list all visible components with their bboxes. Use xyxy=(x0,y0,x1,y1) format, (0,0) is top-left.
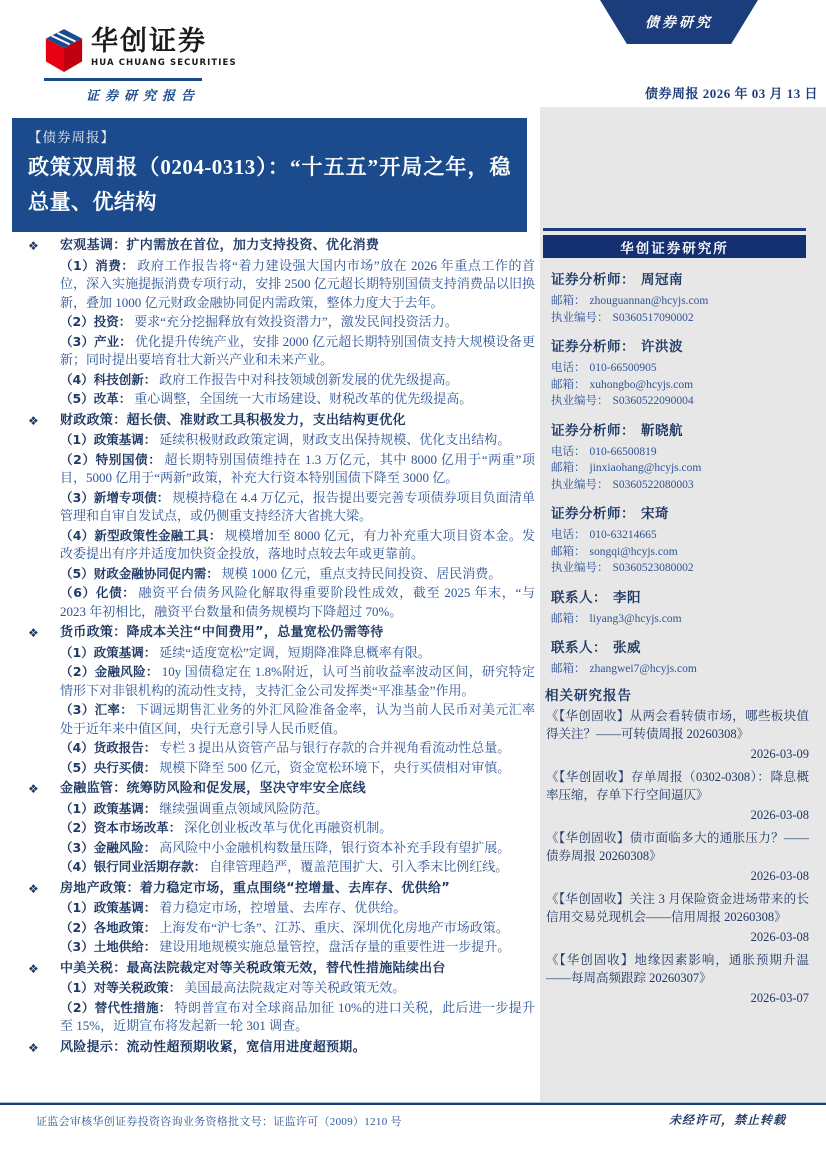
item-label: （2）投资： xyxy=(60,314,131,329)
summary-section: ❖房地产政策：着力稳定市场，重点围绕“控增量、去库存、优供给”（1）政策基调：着… xyxy=(15,880,535,957)
title-tag: 【债券周报】 xyxy=(28,126,511,146)
diamond-bullet-icon: ❖ xyxy=(15,624,60,643)
analyst-field: 邮箱：zhangwei7@hcyjs.com xyxy=(551,661,811,678)
analyst-field-value: 010-66500819 xyxy=(590,446,657,458)
section-item: （2）资本市场改革：深化创业板改革与优化再融资机制。 xyxy=(60,819,535,838)
summary-section: ❖金融监管：统筹防风险和促发展，坚决守牢安全底线（1）政策基调：继续强调重点领域… xyxy=(15,780,535,877)
analyst-field-value: S0360522080003 xyxy=(613,479,694,491)
summary-section: ❖财政政策：超长债、准财政工具积极发力，支出结构更优化（1）政策基调：延续积极财… xyxy=(15,412,535,622)
analyst-name: 张威 xyxy=(613,640,641,656)
item-label: （4）科技创新： xyxy=(60,372,156,387)
section-item: （2）特别国债：超长期特别国债维持在 1.3 万亿元，其中 8000 亿用于“两… xyxy=(60,451,535,488)
related-report-link[interactable]: 《【华创固收】地缘因素影响，通胀预期升温——每周高频跟踪 20260307》 xyxy=(546,951,809,987)
diamond-bullet-icon: ❖ xyxy=(15,880,60,899)
footer-divider xyxy=(0,1102,826,1105)
analyst-field: 电话：010-66500819 xyxy=(551,444,811,461)
analyst-field-label: 执业编号： xyxy=(551,479,609,491)
section-heading: 中美关税：最高法院裁定对等关税政策无效，替代性措施陆续出台 xyxy=(60,960,446,979)
analyst-name: 宋琦 xyxy=(641,506,669,522)
section-item: （2）替代性措施：特朗普宣布对全球商品加征 10%的进口关税，此后进一步提升至 … xyxy=(60,999,535,1036)
item-label: （3）土地供给： xyxy=(60,939,156,954)
analyst-field-label: 执业编号： xyxy=(551,395,609,407)
analyst-field: 执业编号：S0360522080003 xyxy=(551,477,811,494)
analyst-name-row: 证券分析师：宋琦 xyxy=(551,502,811,522)
analyst-field-value: 010-63214665 xyxy=(590,529,657,541)
section-item: （1）对等关税政策：美国最高法院裁定对等关税政策无效。 xyxy=(60,979,535,998)
analyst-name: 许洪波 xyxy=(641,339,683,355)
title-box: 【债券周报】 政策双周报（0204-0313）：“十五五”开局之年，稳总量、优结… xyxy=(12,118,527,232)
item-label: （2）金融风险： xyxy=(60,664,159,679)
analyst-field-label: 邮箱： xyxy=(551,295,586,307)
huachuang-logo-icon xyxy=(44,27,84,75)
analyst-card: 联系人：李阳邮箱：liyang3@hcyjs.com xyxy=(551,586,811,628)
section-heading-row: ❖风险提示：流动性超预期收紧，宽信用进度超预期。 xyxy=(15,1039,535,1058)
section-heading-row: ❖房地产政策：着力稳定市场，重点围绕“控增量、去库存、优供给” xyxy=(15,880,535,899)
analyst-field-value: songqi@hcyjs.com xyxy=(590,546,678,558)
item-label: （1）对等关税政策： xyxy=(60,980,181,995)
analyst-name: 靳晓航 xyxy=(641,423,683,439)
analyst-field-label: 执业编号： xyxy=(551,312,609,324)
section-heading: 宏观基调：扩内需放在首位，加力支持投资、优化消费 xyxy=(60,237,379,256)
analyst-field-label: 邮箱： xyxy=(551,613,586,625)
brand-underline xyxy=(44,78,202,81)
analyst-field: 执业编号：S0360522090004 xyxy=(551,393,811,410)
analyst-field: 电话：010-66500905 xyxy=(551,360,811,377)
footer-license: 证监会审核华创证券投资咨询业务资格批文号：证监许可（2009）1210 号 xyxy=(36,1113,402,1129)
category-banner: 债券研究 xyxy=(600,0,758,44)
item-label: （6）化债： xyxy=(60,585,136,600)
related-report-link[interactable]: 《【华创固收】存单周报（0302-0308）：降息概率压缩，存单下行空间逼仄》 xyxy=(546,768,809,804)
footer-copyright: 未经许可，禁止转载 xyxy=(669,1111,786,1128)
item-label: （4）新型政策性金融工具： xyxy=(60,528,222,543)
analyst-role-label: 证券分析师： xyxy=(551,272,635,288)
summary-section: ❖中美关税：最高法院裁定对等关税政策无效，替代性措施陆续出台（1）对等关税政策：… xyxy=(15,960,535,1036)
category-banner-label: 债券研究 xyxy=(645,12,713,32)
diamond-bullet-icon: ❖ xyxy=(15,237,60,256)
analyst-field-value: S0360523080002 xyxy=(613,562,694,574)
related-report-date: 2026-03-08 xyxy=(546,928,809,946)
section-item: （5）央行买债：规模下降至 500 亿元，资金宽松环境下，央行买债相对审慎。 xyxy=(60,759,535,778)
item-label: （2）资本市场改革： xyxy=(60,820,181,835)
section-heading: 金融监管：统筹防风险和促发展，坚决守牢安全底线 xyxy=(60,780,366,799)
section-item: （1）政策基调：继续强调重点领域风险防范。 xyxy=(60,800,535,819)
item-label: （1）政策基调： xyxy=(60,900,156,915)
analyst-field-label: 执业编号： xyxy=(551,562,609,574)
section-heading: 财政政策：超长债、准财政工具积极发力，支出结构更优化 xyxy=(60,412,406,431)
section-item: （2）金融风险：10y 国债稳定在 1.8%附近，认可当前收益率波动区间，研究特… xyxy=(60,663,535,700)
section-item: （4）银行同业活期存款：自律管理趋严，覆盖范围扩大、引入季末比例红线。 xyxy=(60,858,535,877)
related-report-date: 2026-03-09 xyxy=(546,745,809,763)
analyst-name-row: 证券分析师：靳晓航 xyxy=(551,419,811,439)
analyst-role-label: 联系人： xyxy=(551,590,607,606)
related-report-link[interactable]: 《【华创固收】从两会看转债市场，哪些板块值得关注？——可转债周报 2026030… xyxy=(546,707,809,743)
section-item: （5）改革：重心调整，全国统一大市场建设、财税改革的优先级提高。 xyxy=(60,390,535,409)
diamond-bullet-icon: ❖ xyxy=(15,960,60,979)
analyst-list: 证券分析师：周冠南邮箱：zhouguannan@hcyjs.com执业编号：S0… xyxy=(551,268,811,687)
section-heading: 风险提示：流动性超预期收紧，宽信用进度超预期。 xyxy=(60,1039,366,1058)
section-heading-row: ❖宏观基调：扩内需放在首位，加力支持投资、优化消费 xyxy=(15,237,535,256)
section-item: （3）新增专项债：规模持稳在 4.4 万亿元，报告提出要完善专项债券项目负面清单… xyxy=(60,489,535,526)
analyst-field: 邮箱：xuhongbo@hcyjs.com xyxy=(551,377,811,394)
section-item: （6）化债：融资平台债务风险化解取得重要阶段性成效，截至 2025 年末，“与 … xyxy=(60,584,535,621)
brand-block: 华创证券 HUA CHUANG SECURITIES xyxy=(44,27,237,75)
section-item: （1）政策基调：着力稳定市场，控增量、去库存、优供给。 xyxy=(60,899,535,918)
analyst-field-value: zhangwei7@hcyjs.com xyxy=(590,663,697,675)
analyst-field: 邮箱：jinxiaohang@hcyjs.com xyxy=(551,460,811,477)
analyst-field: 执业编号：S0360523080002 xyxy=(551,560,811,577)
analyst-field-label: 邮箱： xyxy=(551,546,586,558)
item-label: （3）金融风险： xyxy=(60,840,156,855)
analyst-field-label: 邮箱： xyxy=(551,379,586,391)
related-report-item: 《【华创固收】存单周报（0302-0308）：降息概率压缩，存单下行空间逼仄》2… xyxy=(546,768,809,824)
section-item: （2）投资：要求“充分挖掘释放有效投资潜力”，激发民间投资活力。 xyxy=(60,313,535,332)
item-label: （1）政策基调： xyxy=(60,801,156,816)
section-item: （4）货政报告：专栏 3 提出从资管产品与银行存款的合并视角看流动性总量。 xyxy=(60,739,535,758)
analyst-name: 李阳 xyxy=(613,590,641,606)
section-item: （3）金融风险：高风险中小金融机构数量压降，银行资本补充手段有望扩展。 xyxy=(60,839,535,858)
section-item: （3）产业：优化提升传统产业，安排 2000 亿元超长期特别国债支持大规模设备更… xyxy=(60,333,535,370)
logo-text-en: HUA CHUANG SECURITIES xyxy=(91,58,237,68)
analyst-card: 证券分析师：许洪波电话：010-66500905邮箱：xuhongbo@hcyj… xyxy=(551,335,811,410)
analyst-role-label: 证券分析师： xyxy=(551,339,635,355)
section-heading-row: ❖中美关税：最高法院裁定对等关税政策无效，替代性措施陆续出台 xyxy=(15,960,535,979)
analyst-role-label: 联系人： xyxy=(551,640,607,656)
section-heading-row: ❖金融监管：统筹防风险和促发展，坚决守牢安全底线 xyxy=(15,780,535,799)
section-item: （5）财政金融协同促内需：规模 1000 亿元，重点支持民间投资、居民消费。 xyxy=(60,565,535,584)
analyst-field-value: S0360522090004 xyxy=(613,395,694,407)
analyst-name-row: 联系人：张威 xyxy=(551,636,811,656)
item-label: （4）货政报告： xyxy=(60,740,156,755)
item-label: （2）替代性措施： xyxy=(60,1000,172,1015)
analyst-name-row: 证券分析师：许洪波 xyxy=(551,335,811,355)
analyst-field-value: liyang3@hcyjs.com xyxy=(590,613,682,625)
summary-section: ❖风险提示：流动性超预期收紧，宽信用进度超预期。 xyxy=(15,1039,535,1058)
related-report-item: 《【华创固收】关注 3 月保险资金进场带来的长信用交易兑现机会——信用周报 20… xyxy=(546,890,809,946)
analyst-field-label: 电话： xyxy=(551,362,586,374)
analyst-field-label: 电话： xyxy=(551,446,586,458)
diamond-bullet-icon: ❖ xyxy=(15,1039,60,1058)
analyst-field: 邮箱：songqi@hcyjs.com xyxy=(551,544,811,561)
analyst-field-value: xuhongbo@hcyjs.com xyxy=(590,379,694,391)
item-label: （1）政策基调： xyxy=(60,645,156,660)
section-heading: 房地产政策：着力稳定市场，重点围绕“控增量、去库存、优供给” xyxy=(60,880,450,899)
analyst-card: 证券分析师：周冠南邮箱：zhouguannan@hcyjs.com执业编号：S0… xyxy=(551,268,811,326)
item-label: （2）特别国债： xyxy=(60,452,161,467)
analyst-card: 联系人：张威邮箱：zhangwei7@hcyjs.com xyxy=(551,636,811,678)
related-report-date: 2026-03-08 xyxy=(546,867,809,885)
item-label: （5）财政金融协同促内需： xyxy=(60,566,219,581)
analyst-field: 电话：010-63214665 xyxy=(551,527,811,544)
analyst-field-value: zhouguannan@hcyjs.com xyxy=(590,295,709,307)
section-item: （4）新型政策性金融工具：规模增加至 8000 亿元，有力补充重大项目资本金。发… xyxy=(60,527,535,564)
analyst-field-value: 010-66500905 xyxy=(590,362,657,374)
item-label: （2）各地政策： xyxy=(60,920,156,935)
section-heading: 货币政策：降成本关注“中间费用”，总量宽松仍需等待 xyxy=(60,624,384,643)
analyst-field-value: S0360517090002 xyxy=(613,312,694,324)
analyst-field-value: jinxiaohang@hcyjs.com xyxy=(590,462,702,474)
section-heading-row: ❖货币政策：降成本关注“中间费用”，总量宽松仍需等待 xyxy=(15,624,535,643)
summary-section: ❖宏观基调：扩内需放在首位，加力支持投资、优化消费（1）消费：政府工作报告将“着… xyxy=(15,237,535,409)
analyst-field-label: 电话： xyxy=(551,529,586,541)
related-reports-list: 《【华创固收】从两会看转债市场，哪些板块值得关注？——可转债周报 2026030… xyxy=(546,707,809,1012)
related-report-item: 《【华创固收】地缘因素影响，通胀预期升温——每周高频跟踪 20260307》20… xyxy=(546,951,809,1007)
item-label: （3）新增专项债： xyxy=(60,490,169,505)
analyst-field: 执业编号：S0360517090002 xyxy=(551,310,811,327)
item-label: （3）汇率： xyxy=(60,702,133,717)
related-reports-title: 相关研究报告 xyxy=(545,684,632,704)
research-report-page: 华创证券 HUA CHUANG SECURITIES 证券研究报告 债券研究 债… xyxy=(0,0,826,1169)
analyst-name-row: 证券分析师：周冠南 xyxy=(551,268,811,288)
related-report-link[interactable]: 《【华创固收】关注 3 月保险资金进场带来的长信用交易兑现机会——信用周报 20… xyxy=(546,890,809,926)
section-item: （1）政策基调：延续积极财政政策定调，财政支出保持规模、优化支出结构。 xyxy=(60,431,535,450)
section-item: （2）各地政策：上海发布“沪七条”、江苏、重庆、深圳优化房地产市场政策。 xyxy=(60,919,535,938)
item-label: （1）消费： xyxy=(60,258,134,273)
item-label: （5）改革： xyxy=(60,391,131,406)
page-title: 政策双周报（0204-0313）：“十五五”开局之年，稳总量、优结构 xyxy=(28,150,511,220)
related-report-item: 《【华创固收】债市面临多大的通胀压力？——债券周报 20260308》2026-… xyxy=(546,829,809,885)
item-label: （3）产业： xyxy=(60,334,132,349)
summary-content: ❖宏观基调：扩内需放在首位，加力支持投资、优化消费（1）消费：政府工作报告将“着… xyxy=(15,234,535,1058)
analyst-card: 证券分析师：宋琦电话：010-63214665邮箱：songqi@hcyjs.c… xyxy=(551,502,811,577)
analyst-field-label: 邮箱： xyxy=(551,462,586,474)
section-item: （3）土地供给：建设用地规模实施总量管控，盘活存量的重要性进一步提升。 xyxy=(60,938,535,957)
summary-section: ❖货币政策：降成本关注“中间费用”，总量宽松仍需等待（1）政策基调：延续“适度宽… xyxy=(15,624,535,777)
logo-text-cn: 华创证券 xyxy=(91,27,237,57)
item-label: （4）银行同业活期存款： xyxy=(60,859,206,874)
related-report-date: 2026-03-07 xyxy=(546,989,809,1007)
analyst-role-label: 证券分析师： xyxy=(551,423,635,439)
item-label: （1）政策基调： xyxy=(60,432,156,447)
section-item: （1）消费：政府工作报告将“着力建设强大国内市场”放在 2026 年重点工作的首… xyxy=(60,257,535,313)
item-label: （5）央行买债： xyxy=(60,760,156,775)
diamond-bullet-icon: ❖ xyxy=(15,412,60,431)
institute-header: 华创证券研究所 xyxy=(543,235,806,258)
analyst-card: 证券分析师：靳晓航电话：010-66500819邮箱：jinxiaohang@h… xyxy=(551,419,811,494)
section-heading-row: ❖财政政策：超长债、准财政工具积极发力，支出结构更优化 xyxy=(15,412,535,431)
related-report-link[interactable]: 《【华创固收】债市面临多大的通胀压力？——债券周报 20260308》 xyxy=(546,829,809,865)
related-report-item: 《【华创固收】从两会看转债市场，哪些板块值得关注？——可转债周报 2026030… xyxy=(546,707,809,763)
report-date: 债券周报 2026 年 03 月 13 日 xyxy=(645,83,818,102)
analyst-name: 周冠南 xyxy=(641,272,683,288)
analyst-field-label: 邮箱： xyxy=(551,663,586,675)
analyst-name-row: 联系人：李阳 xyxy=(551,586,811,606)
related-report-date: 2026-03-08 xyxy=(546,806,809,824)
section-item: （3）汇率：下调远期售汇业务的外汇风险准备金率，认为当前人民币对美元汇率处于近年… xyxy=(60,701,535,738)
institute-rule xyxy=(543,228,806,231)
brand-text: 华创证券 HUA CHUANG SECURITIES xyxy=(91,27,237,68)
diamond-bullet-icon: ❖ xyxy=(15,780,60,799)
analyst-field: 邮箱：zhouguannan@hcyjs.com xyxy=(551,293,811,310)
report-type-label: 证券研究报告 xyxy=(86,85,200,104)
section-item: （1）政策基调：延续“适度宽松”定调，短期降准降息概率有限。 xyxy=(60,644,535,663)
analyst-field: 邮箱：liyang3@hcyjs.com xyxy=(551,611,811,628)
section-item: （4）科技创新：政府工作报告中对科技领域创新发展的优先级提高。 xyxy=(60,371,535,390)
analyst-role-label: 证券分析师： xyxy=(551,506,635,522)
